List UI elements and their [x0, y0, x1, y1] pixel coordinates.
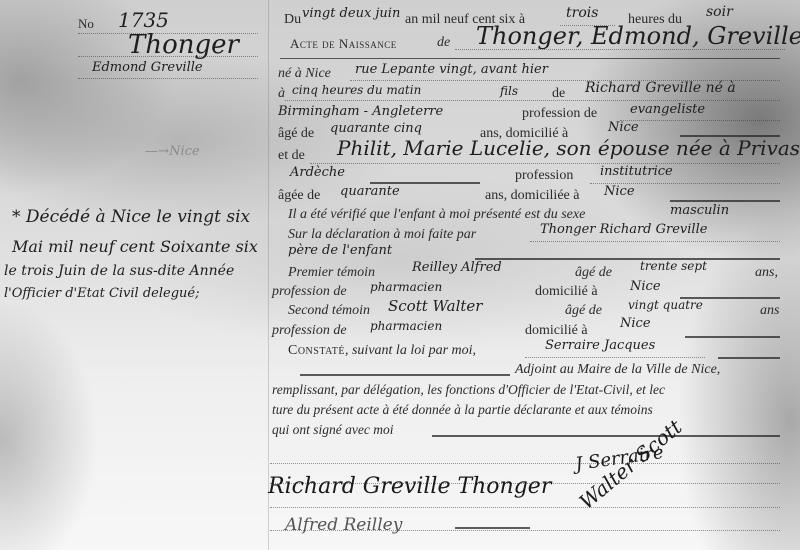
first-witness-profession: pharmacien	[370, 280, 442, 294]
age-label: âgé de	[278, 126, 314, 142]
mother-domicile-rule	[670, 200, 780, 202]
second-profession-label: profession de	[272, 323, 347, 339]
first-profession-label: profession de	[272, 284, 347, 300]
second-witness-label: Second témoin	[288, 303, 370, 319]
death-note-line-1: * Décédé à Nice le vingt six	[12, 207, 250, 227]
mother-domicile-label: ans, domiciliée à	[485, 188, 579, 204]
mother-profession: institutrice	[600, 164, 673, 179]
number-label: No	[78, 16, 94, 32]
signature-line-1	[270, 463, 780, 464]
closing-rule	[432, 435, 780, 437]
mother-age: quarante	[340, 184, 400, 199]
officer-rule	[718, 357, 780, 359]
birth-address: rue Lepante vingt, avant hier	[355, 62, 548, 77]
header-rule	[280, 58, 780, 59]
father-domicile: Nice	[608, 120, 639, 135]
mother-domicile: Nice	[604, 184, 635, 199]
death-note-line-4: l'Officier d'Etat Civil delegué;	[4, 286, 199, 301]
a-label: à	[278, 86, 285, 102]
father-profession-line	[620, 120, 780, 121]
father-line	[285, 100, 780, 101]
closing-line-3: qui ont signé avec moi	[272, 422, 393, 438]
margin-divider	[268, 0, 269, 550]
father-signature: Richard Greville Thonger	[268, 474, 551, 499]
du-label: Du	[284, 12, 301, 28]
given-names-line	[78, 78, 258, 79]
declarant-line	[530, 241, 780, 242]
declarant-role: père de l'enfant	[288, 243, 392, 258]
acte-de: de	[437, 35, 450, 51]
signature-line-3	[270, 507, 780, 508]
declarant-rule	[475, 258, 780, 260]
mother-profession-label: profession	[515, 168, 573, 184]
adjoint-rule	[300, 374, 510, 376]
birth-time: cinq heures du matin	[292, 83, 421, 97]
declaration-text: Sur la déclaration à moi faite par	[288, 227, 476, 243]
father-name: Richard Greville né à	[585, 80, 736, 96]
second-age-label: âgé de	[565, 303, 602, 319]
period-value: soir	[706, 4, 733, 20]
surname-line	[78, 56, 258, 57]
second-witness-domicile: Nice	[620, 316, 651, 331]
constate-text: , suivant la loi par moi,	[345, 343, 476, 358]
second-witness-age: vingt quatre	[628, 298, 703, 312]
constate-label: Constaté	[288, 343, 345, 358]
father-profession: evangeliste	[630, 102, 705, 117]
death-note-line-3: le trois Juin de la sus-dite Année	[4, 263, 234, 279]
witness1-rule	[455, 527, 530, 529]
ans-label: ans,	[755, 265, 778, 281]
closing-line-1: remplissant, par délégation, les fonctio…	[272, 382, 665, 398]
adjoint-text: Adjoint au Maire de la Ville de Nice,	[515, 362, 720, 378]
et-de-label: et de	[278, 148, 305, 164]
record-number: 1735	[118, 8, 169, 32]
ne-a-label: né à Nice	[278, 66, 331, 82]
child-name: Thonger, Edmond, Greville	[476, 22, 800, 50]
second-domicile-label: domicilié à	[525, 323, 588, 339]
death-note-line-2: Mai mil neuf cent Soixante six	[12, 237, 258, 256]
closing-line-2: ture du présent acte à été donnée à la p…	[272, 402, 653, 418]
birth-certificate-page: No 1735 Thonger Edmond Greville — ⁠→ Nic…	[0, 0, 800, 550]
first-domicile-label: domicilié à	[535, 284, 598, 300]
margin-annotation: — ⁠→ Nice	[145, 144, 200, 159]
mother-name: Philit, Marie Lucelie, son épouse née à …	[337, 136, 800, 160]
first-witness-domicile: Nice	[630, 279, 661, 294]
profession-label: profession de	[522, 106, 597, 122]
first-age-label: âgé de	[575, 265, 612, 281]
margin-given-names: Edmond Greville	[92, 60, 203, 75]
first-witness-age: trente sept	[640, 259, 707, 273]
second-witness-profession: pharmacien	[370, 319, 442, 333]
sexe-value: masculin	[670, 203, 729, 218]
second-ans-label: ans	[760, 303, 779, 319]
father-origin: Birmingham - Angleterre	[278, 104, 443, 119]
officer-line	[525, 357, 705, 358]
mother-origin: Ardèche	[290, 165, 345, 180]
birth-date: vingt deux juin	[302, 6, 400, 21]
father-age: quarante cinq	[330, 121, 422, 136]
mother-line	[310, 163, 780, 164]
first-witness-label: Premier témoin	[288, 265, 375, 281]
first-witness-name: Reilley Alfred	[412, 260, 502, 275]
officer-name: Serraire Jacques	[545, 338, 655, 353]
sexe-text: Il a été vérifié que l'enfant à moi prés…	[288, 207, 585, 223]
declarant-name: Thonger Richard Greville	[540, 222, 707, 237]
constate-line: Constaté, suivant la loi par moi,	[288, 343, 476, 359]
acte-label: Acte de Naissance	[290, 36, 397, 52]
fils-value: fils	[500, 84, 518, 98]
hour-value: trois	[566, 5, 598, 21]
second-witness-name: Scott Walter	[388, 297, 482, 315]
mother-age-label: âgée de	[278, 188, 320, 204]
second-domicile-rule	[685, 336, 780, 338]
witness1-signature: Alfred Reilley	[285, 515, 402, 535]
